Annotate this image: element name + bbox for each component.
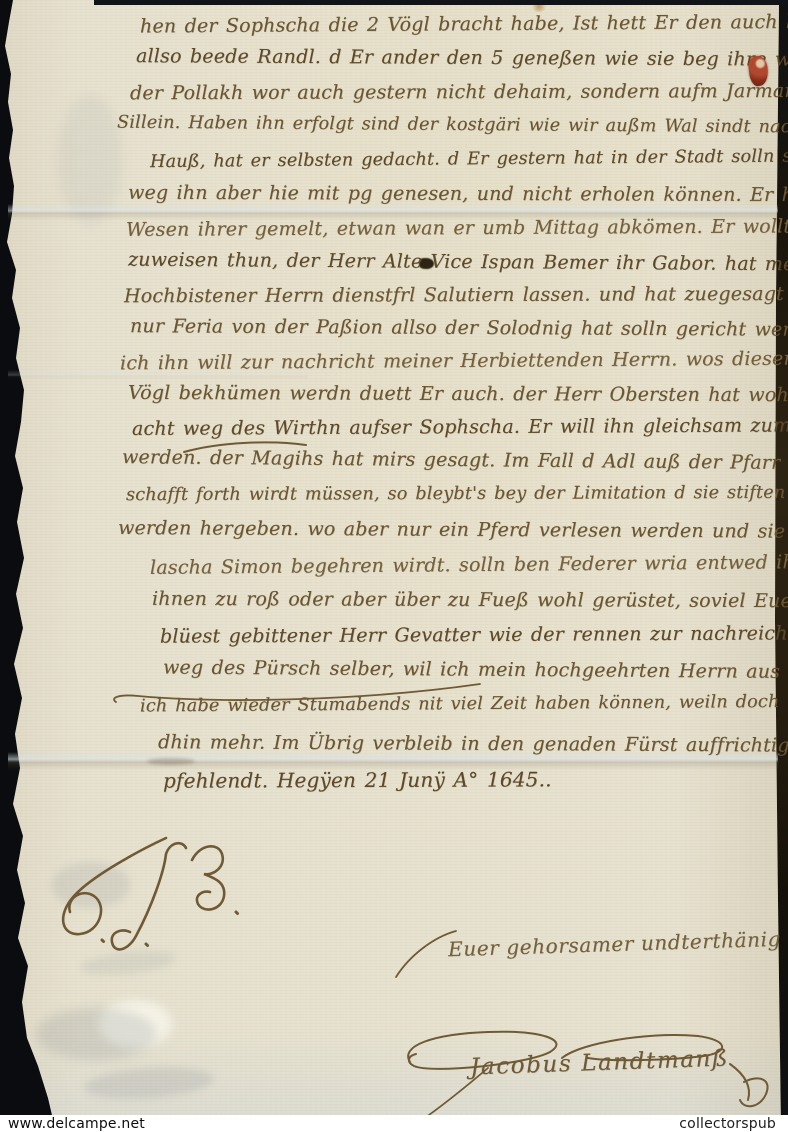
manuscript-line: nur Feria von der Paßion allso der Solod…: [130, 317, 788, 340]
manuscript-line: weg des Pürsch selber, wil ich mein hoch…: [163, 658, 788, 682]
watermark-strip: www.delcampe.net collectorspub: [0, 1115, 788, 1132]
manuscript-line: blüest gebittener Herr Gevatter wie der …: [160, 624, 788, 646]
manuscript-line: weg ihn aber hie mit pg genesen, und nic…: [128, 184, 788, 206]
manuscript-line: schafft forth wirdt müssen, so bleybt's …: [126, 485, 785, 505]
watermark-collectorspub: collectorspub: [679, 1116, 776, 1132]
letter-photo: ausgesagt hab wie es der heurige zu gesa…: [0, 0, 788, 1132]
manuscript-line: allso beede Randl. d Er ander den 5 gene…: [136, 47, 788, 70]
watermark-delcampe: www.delcampe.net: [8, 1116, 145, 1132]
manuscript-line: Sillein. Haben ihn erfolgt sind der kost…: [117, 115, 788, 137]
manuscript-line: zuweisen thun, der Herr Alte Vice Ispan …: [128, 251, 788, 275]
manuscript-line: lascha Simon begehren wirdt. solln ben F…: [150, 553, 788, 578]
manuscript-body: ausgesagt hab wie es der heurige zu gesa…: [0, 0, 788, 1132]
manuscript-line: dhin mehr. Im Übrig verbleib in den gena…: [158, 733, 788, 756]
manuscript-line: ihnen zu roß oder aber über zu Fueß wohl…: [152, 590, 788, 611]
manuscript-line: ich ihn will zur nachricht meiner Herbie…: [120, 350, 788, 374]
manuscript-line: ich habe wieder Stumabends nit viel Zeit…: [140, 694, 788, 716]
manuscript-line: Vögl bekhümen werdn duett Er auch. der H…: [128, 384, 788, 405]
background-top-edge: [94, 0, 788, 5]
manuscript-line-date: pfehlendt. Hegÿen 21 Junÿ A° 1645..: [163, 769, 552, 790]
manuscript-line: der Pollakh wor auch gestern nicht dehai…: [130, 82, 788, 104]
manuscript-line: Wesen ihrer gemelt, etwan wan er umb Mit…: [126, 217, 788, 240]
manuscript-line: werden hergeben. wo aber nur ein Pferd v…: [118, 519, 788, 542]
manuscript-line: Hochbistener Herrn dienstfrl Salutiern l…: [124, 285, 788, 306]
manuscript-line: Hauß, hat er selbsten gedacht. d Er gest…: [150, 148, 788, 172]
manuscript-line: hen der Sophscha die 2 Vögl bracht habe,…: [140, 12, 788, 36]
manuscript-line: werden. der Magihs hat mirs gesagt. Im F…: [122, 448, 781, 473]
manuscript-line: acht weg des Wirthn aufser Sophscha. Er …: [132, 416, 788, 439]
